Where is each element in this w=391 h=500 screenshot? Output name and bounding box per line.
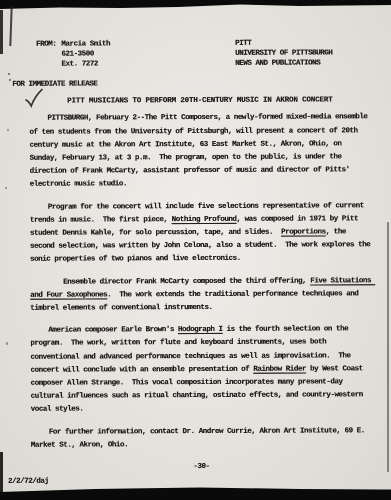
scan-edge-bar-top bbox=[0, 0, 391, 10]
work-title: Nothing Profound bbox=[172, 216, 237, 224]
scan-speck bbox=[6, 342, 8, 345]
scan-edge-left-top bbox=[0, 10, 3, 54]
work-title: Rainbow Rider bbox=[253, 365, 306, 373]
from-label: FROM: bbox=[36, 41, 56, 70]
work-title: Proportions bbox=[281, 228, 326, 236]
contact-phone: 621-3500 bbox=[61, 50, 110, 60]
contact-block: FROM: Marcia Smith 621-3500 Ext. 7272 bbox=[36, 40, 110, 70]
scan-speck bbox=[9, 79, 11, 81]
body-paragraphs: PITTSBURGH, February 2--The Pitt Compose… bbox=[29, 112, 371, 453]
work-title: Hodograph I bbox=[178, 326, 223, 334]
scan-speck bbox=[8, 73, 10, 75]
scan-speck bbox=[5, 187, 7, 189]
paragraph-text: American composer Earle Brown's bbox=[48, 326, 178, 335]
paragraph: For further information, contact Dr. And… bbox=[31, 425, 372, 453]
organization-block: PITT UNIVERSITY OF PITTSBURGH NEWS AND P… bbox=[235, 39, 332, 69]
scan-speck bbox=[7, 129, 9, 131]
org-name-full: UNIVERSITY OF PITTSBURGH bbox=[235, 49, 332, 59]
paragraph: Ensemble director Frank McCarty composed… bbox=[30, 275, 371, 316]
document-header: FROM: Marcia Smith 621-3500 Ext. 7272 PI… bbox=[29, 39, 370, 70]
headline: PITT MUSICIANS TO PERFORM 20TH-CENTURY M… bbox=[29, 94, 370, 109]
end-mark: -30- bbox=[31, 460, 372, 475]
scanned-press-release-page: FROM: Marcia Smith 621-3500 Ext. 7272 PI… bbox=[0, 0, 391, 500]
document-content: FROM: Marcia Smith 621-3500 Ext. 7272 PI… bbox=[29, 39, 372, 489]
paragraph: American composer Earle Brown's Hodograp… bbox=[30, 324, 371, 418]
org-department: NEWS AND PUBLICATIONS bbox=[235, 59, 332, 69]
contact-name: Marcia Smith bbox=[61, 40, 110, 50]
paragraph-text: Ensemble director Frank McCarty composed… bbox=[63, 277, 310, 286]
org-name-short: PITT bbox=[235, 39, 332, 49]
contact-lines: Marcia Smith 621-3500 Ext. 7272 bbox=[61, 40, 110, 70]
paragraph: Program for the concert will include fiv… bbox=[30, 200, 371, 268]
scan-edge-right bbox=[387, 222, 389, 472]
paragraph: PITTSBURGH, February 2--The Pitt Compose… bbox=[29, 112, 370, 193]
scan-mark-vertical bbox=[9, 6, 12, 46]
scan-edge-left-bottom bbox=[0, 452, 3, 492]
paragraph-text: PITTSBURGH, February 2--The Pitt Compose… bbox=[29, 114, 371, 190]
paragraph-text: For further information, contact Dr. And… bbox=[31, 427, 369, 450]
date-slug: 2/2/72/daj bbox=[8, 475, 372, 490]
contact-ext: Ext. 7272 bbox=[61, 60, 110, 70]
release-line: FOR IMMEDIATE RELEASE bbox=[12, 77, 370, 92]
